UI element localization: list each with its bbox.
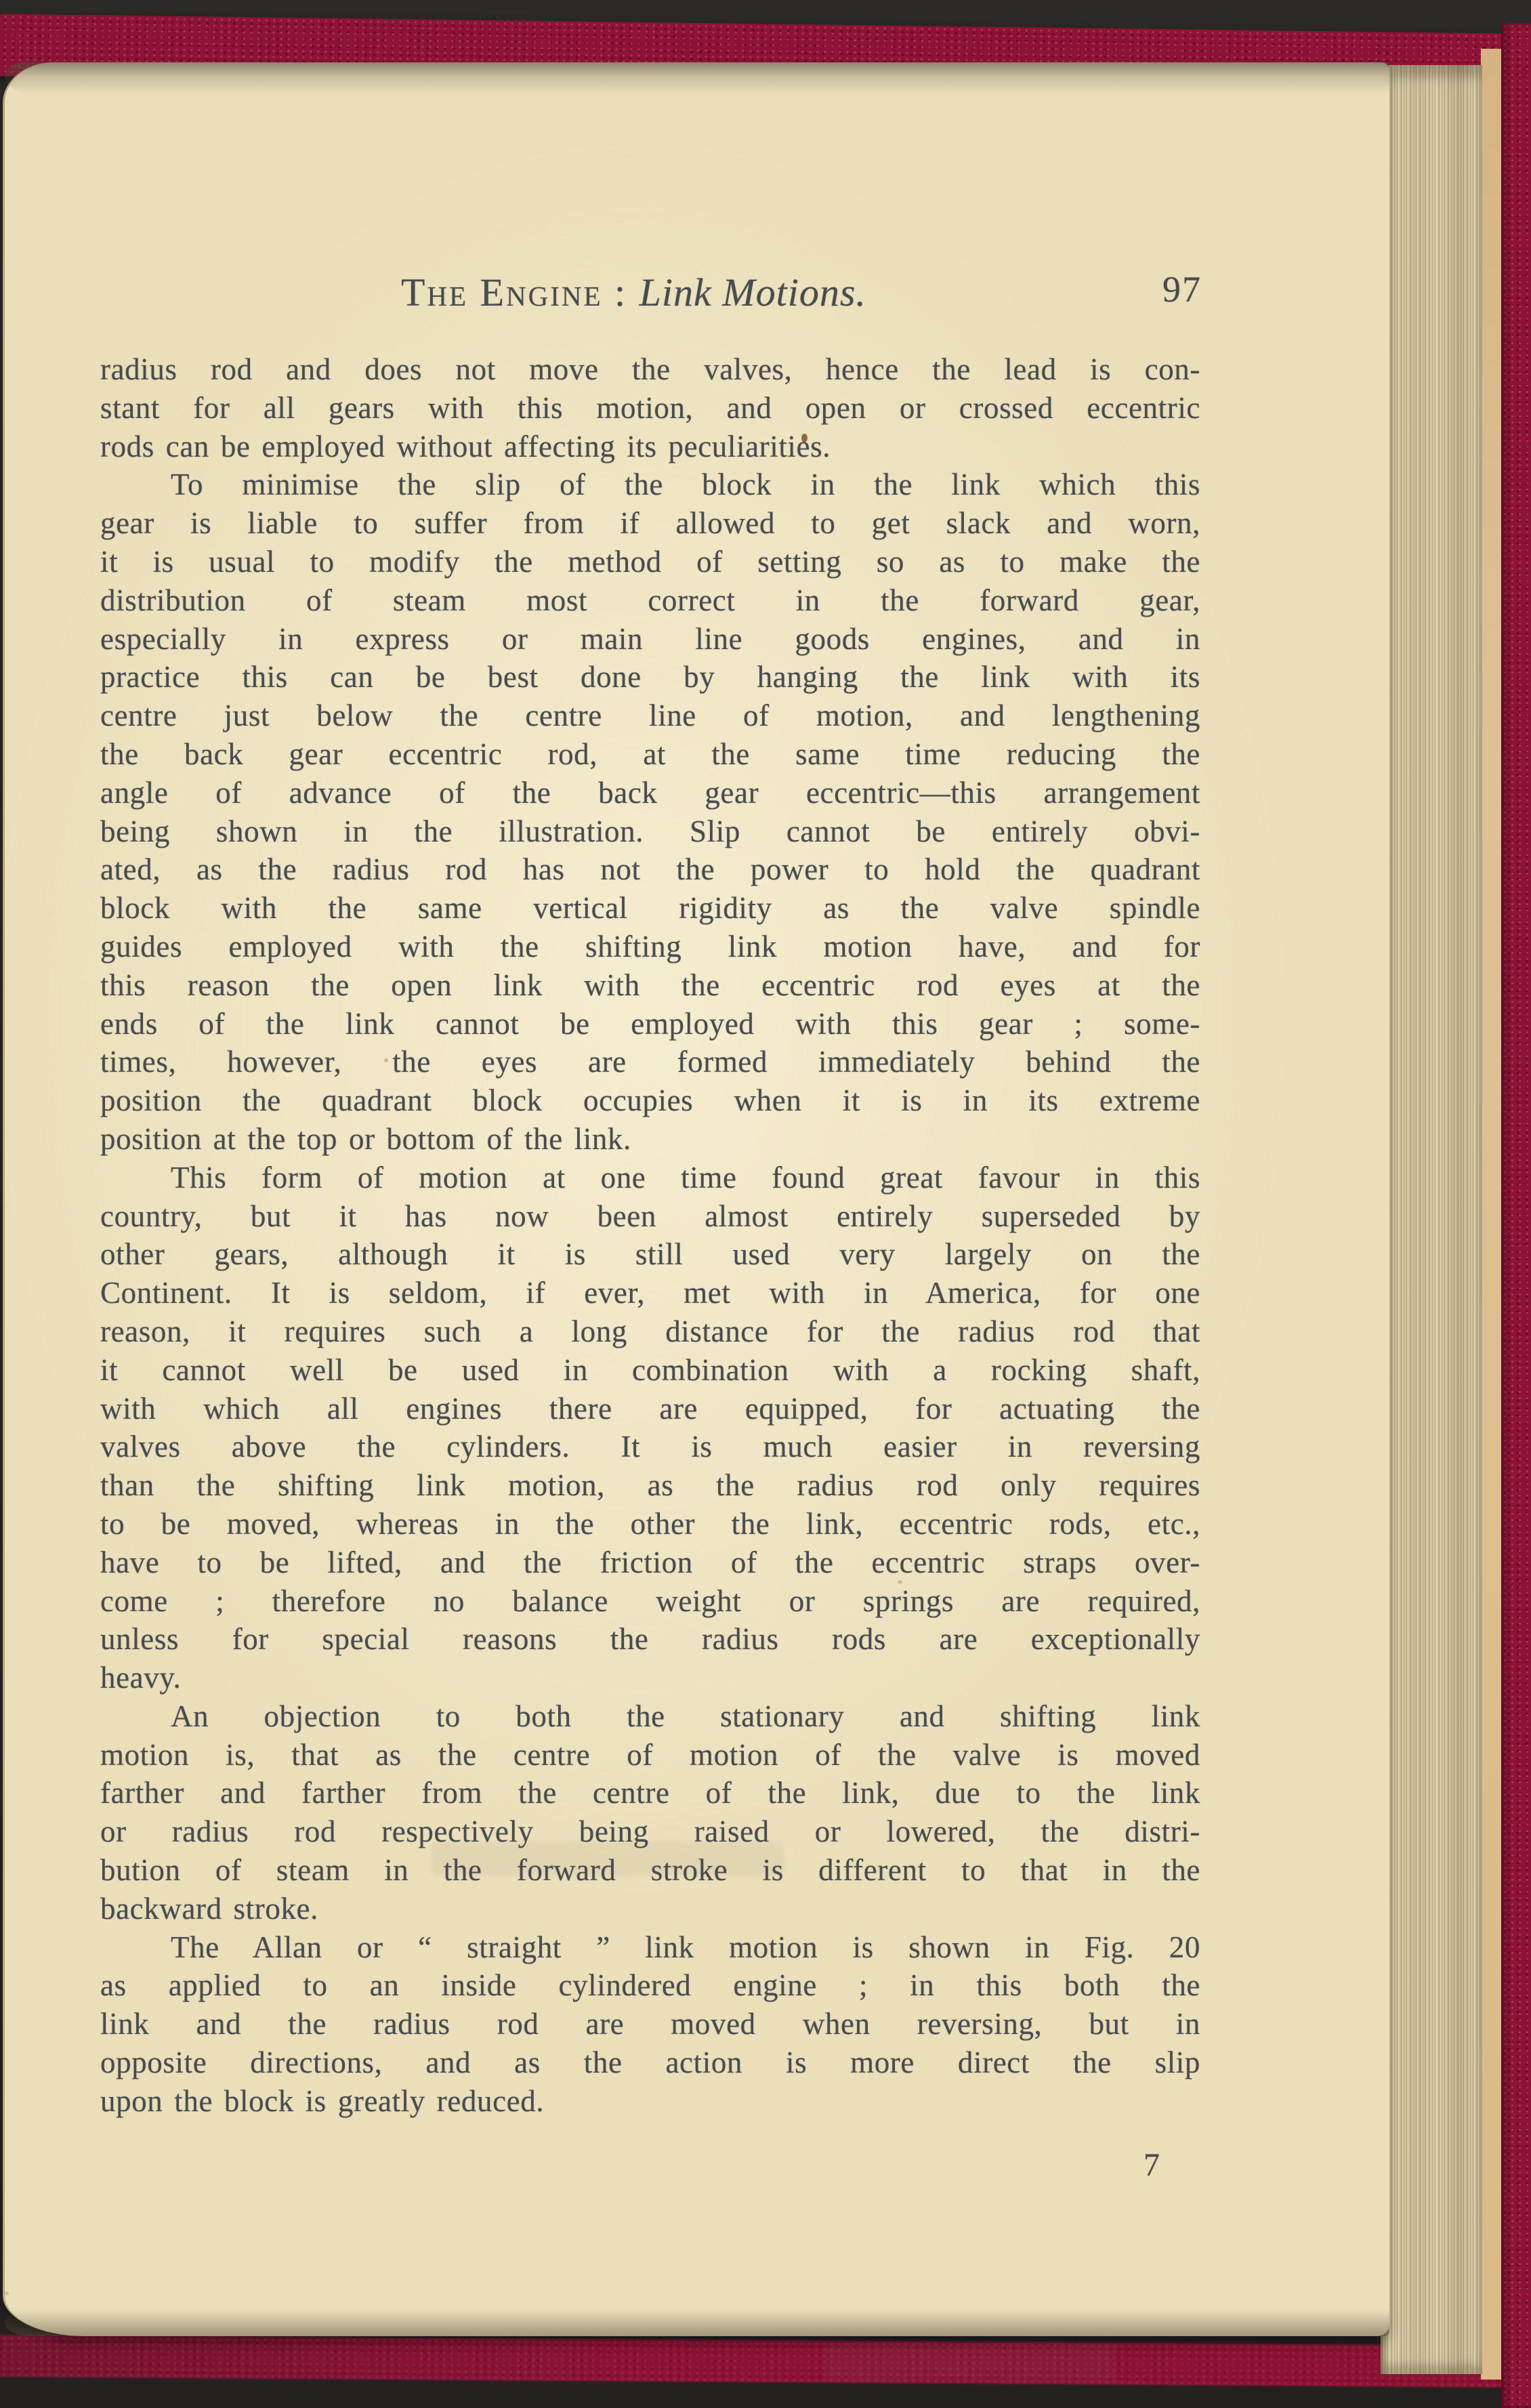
text-line: stant for all gears with this motion, an… (100, 389, 1200, 428)
text-line: position the quadrant block occupies whe… (100, 1081, 1200, 1120)
text-line: ends of the link cannot be employed with… (100, 1005, 1200, 1043)
text-line: upon the block is greatly reduced. (100, 2082, 1200, 2121)
text-line: ated, as the radius rod has not the powe… (100, 850, 1200, 889)
text-line: this reason the open link with the eccen… (100, 966, 1200, 1005)
page-block-edge (1481, 49, 1504, 2380)
cover-cloth-texture (0, 2335, 1531, 2388)
text-line: country, but it has now been almost enti… (100, 1197, 1200, 1236)
running-head: The Engine : Link Motions. 97 (102, 270, 1202, 314)
text-line: bution of steam in the forward stroke is… (100, 1851, 1200, 1890)
text-line: rods can be employed without affecting i… (100, 428, 1200, 466)
text-line: other gears, although it is still used v… (100, 1235, 1200, 1274)
text-line: block with the same vertical rigidity as… (100, 889, 1200, 928)
foxing-speck (5, 2291, 9, 2296)
page-title: The Engine : Link Motions. (401, 270, 866, 315)
fore-edge-page-stack (1381, 65, 1482, 2374)
text-line: the back gear eccentric rod, at the same… (100, 735, 1200, 774)
text-line: gear is liable to suffer from if allowed… (100, 504, 1200, 543)
text-line: with which all engines there are equippe… (100, 1390, 1200, 1428)
text-line: The Allan or “ straight ” link motion is… (100, 1928, 1200, 1967)
text-line: distribution of steam most correct in th… (100, 581, 1200, 620)
text-line: being shown in the illustration. Slip ca… (100, 812, 1200, 851)
text-line: angle of advance of the back gear eccent… (100, 774, 1200, 812)
text-line: heavy. (100, 1659, 1200, 1697)
text-line: An objection to both the stationary and … (100, 1697, 1200, 1736)
text-line: To minimise the slip of the block in the… (100, 465, 1200, 504)
book-cover-right-edge (1501, 23, 1531, 2408)
text-line: practice this can be best done by hangin… (100, 658, 1200, 697)
text-line: it cannot well be used in combination wi… (100, 1351, 1200, 1390)
text-line: backward stroke. (100, 1890, 1200, 1928)
page-number: 97 (1162, 268, 1202, 310)
ink-bleedthrough-smudge (824, 2344, 1116, 2381)
text-line: than the shifting link motion, as the ra… (100, 1466, 1200, 1505)
text-line: Continent. It is seldom, if ever, met wi… (100, 1274, 1200, 1312)
body-text: radius rod and does not move the valves,… (100, 350, 1200, 2121)
text-line: have to be lifted, and the friction of t… (100, 1543, 1200, 1582)
text-line: farther and farther from the centre of t… (100, 1774, 1200, 1812)
text-line: centre just below the centre line of mot… (100, 697, 1200, 735)
text-line: radius rod and does not move the valves,… (100, 350, 1200, 389)
text-line: especially in express or main line goods… (100, 620, 1200, 659)
chapter-title-text: The Engine : (401, 270, 639, 314)
text-line: opposite directions, and as the action i… (100, 2043, 1200, 2082)
section-title-text: Link Motions. (639, 270, 866, 314)
text-line: or radius rod respectively being raised … (100, 1812, 1200, 1851)
signature-mark: 7 (1144, 2146, 1160, 2184)
text-line: to be moved, whereas in the other the li… (100, 1505, 1200, 1543)
text-line: unless for special reasons the radius ro… (100, 1620, 1200, 1659)
text-line: This form of motion at one time found gr… (100, 1159, 1200, 1197)
text-line: as applied to an inside cylindered engin… (100, 1966, 1200, 2005)
book-cover-bottom-edge (0, 2335, 1531, 2388)
text-line: come ; therefore no balance weight or sp… (100, 1582, 1200, 1621)
text-line: guides employed with the shifting link m… (100, 928, 1200, 966)
text-line: times, however, the eyes are formed imme… (100, 1043, 1200, 1081)
text-line: link and the radius rod are moved when r… (100, 2005, 1200, 2043)
text-line: position at the top or bottom of the lin… (100, 1120, 1200, 1159)
book-scan: The Engine : Link Motions. 97 radius rod… (0, 0, 1531, 2408)
text-line: it is usual to modify the method of sett… (100, 543, 1200, 581)
text-line: motion is, that as the centre of motion … (100, 1736, 1200, 1774)
text-line: valves above the cylinders. It is much e… (100, 1428, 1200, 1466)
text-line: reason, it requires such a long distance… (100, 1312, 1200, 1351)
